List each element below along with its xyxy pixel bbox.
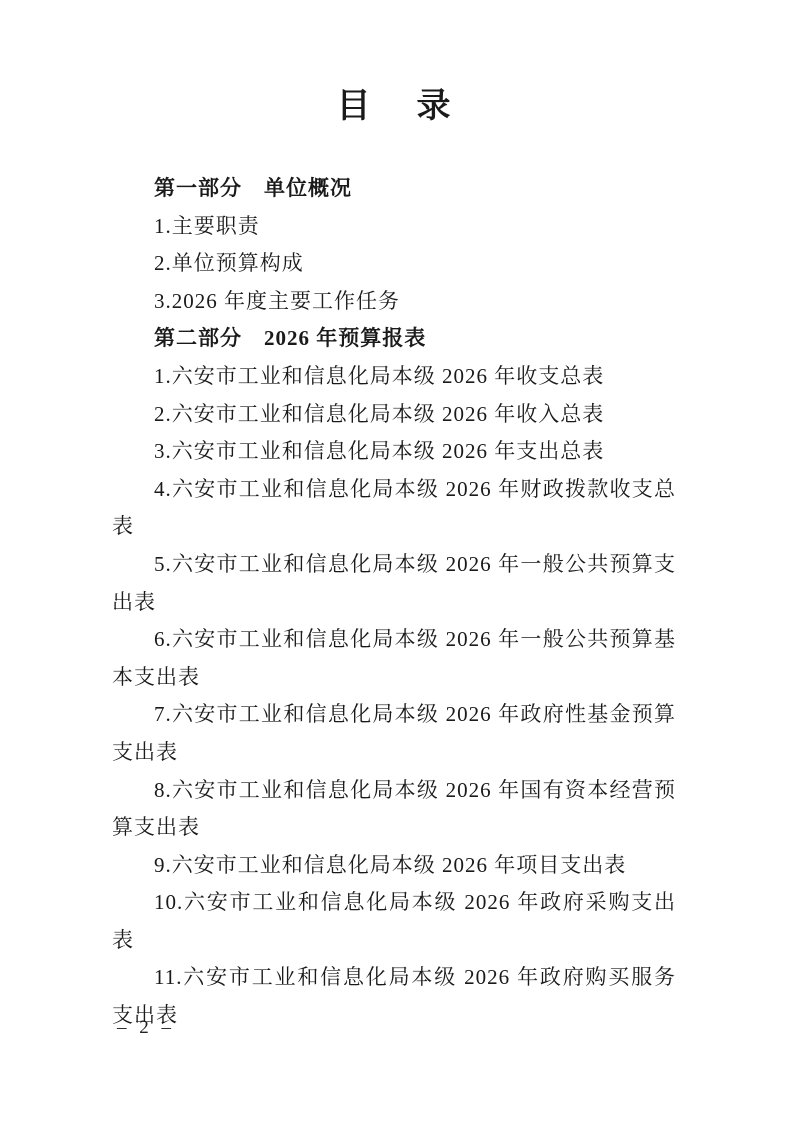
toc-item: 3.2026 年度主要工作任务 bbox=[112, 283, 676, 321]
toc-item: 1.主要职责 bbox=[112, 208, 676, 246]
section-heading-part1: 第一部分 单位概况 bbox=[112, 170, 676, 208]
toc-item: 5.六安市工业和信息化局本级 2026 年一般公共预算支出表 bbox=[112, 546, 676, 621]
toc-item: 1.六安市工业和信息化局本级 2026 年收支总表 bbox=[112, 358, 676, 396]
toc-item: 3.六安市工业和信息化局本级 2026 年支出总表 bbox=[112, 433, 676, 471]
doc-title: 目 录 bbox=[0, 84, 793, 130]
toc-item: 8.六安市工业和信息化局本级 2026 年国有资本经营预算支出表 bbox=[112, 772, 676, 847]
section-heading-part2: 第二部分 2026 年预算报表 bbox=[112, 320, 676, 358]
toc-item: 2.六安市工业和信息化局本级 2026 年收入总表 bbox=[112, 396, 676, 434]
toc-item: 4.六安市工业和信息化局本级 2026 年财政拨款收支总表 bbox=[112, 471, 676, 546]
toc-item: 7.六安市工业和信息化局本级 2026 年政府性基金预算支出表 bbox=[112, 696, 676, 771]
document-page: 目 录 第一部分 单位概况 1.主要职责 2.单位预算构成 3.2026 年度主… bbox=[0, 0, 793, 1122]
toc-item: 11.六安市工业和信息化局本级 2026 年政府购买服务支出表 bbox=[112, 959, 676, 1034]
toc-content: 第一部分 单位概况 1.主要职责 2.单位预算构成 3.2026 年度主要工作任… bbox=[112, 170, 676, 1035]
toc-item: 10.六安市工业和信息化局本级 2026 年政府采购支出表 bbox=[112, 884, 676, 959]
toc-item: 6.六安市工业和信息化局本级 2026 年一般公共预算基本支出表 bbox=[112, 621, 676, 696]
toc-item: 2.单位预算构成 bbox=[112, 245, 676, 283]
toc-item: 9.六安市工业和信息化局本级 2026 年项目支出表 bbox=[112, 847, 676, 885]
page-number: – 2 – bbox=[117, 1015, 175, 1041]
